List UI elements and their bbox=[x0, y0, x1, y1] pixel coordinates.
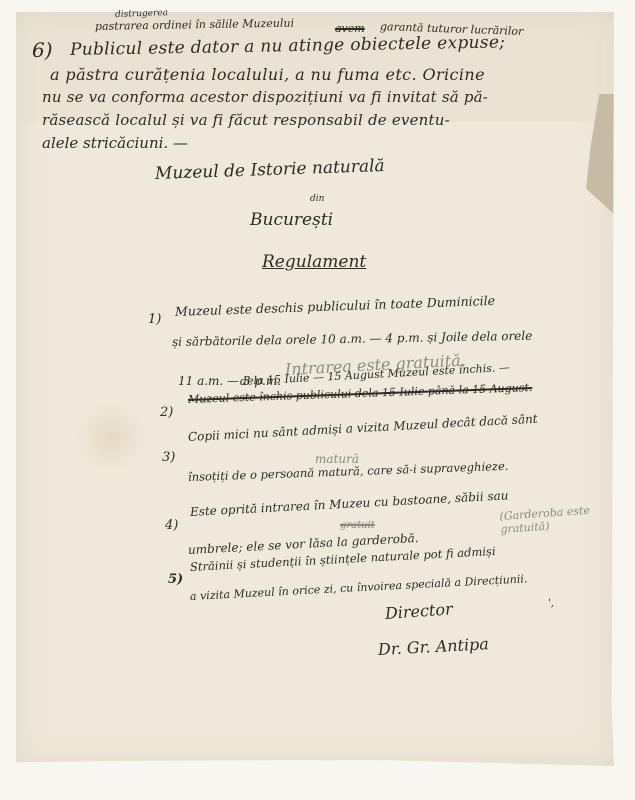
heading-line-2: București bbox=[250, 210, 333, 230]
rule-4-pencil-crossed: gratuit bbox=[340, 520, 375, 531]
heading-din: din bbox=[310, 194, 324, 204]
rule-2-number: 2) bbox=[160, 405, 173, 420]
insertion-right-crossed: avem bbox=[335, 22, 365, 35]
stray-mark: ', bbox=[548, 598, 554, 609]
rule-4-number: 4) bbox=[165, 518, 178, 533]
top-line-3: nu se va conforma acestor dispozițiuni v… bbox=[42, 88, 488, 106]
item-6-number: 6) bbox=[32, 38, 53, 62]
document-title: Regulament bbox=[262, 252, 366, 272]
top-line-4: răsească localul și va fi făcut responsa… bbox=[42, 111, 450, 129]
top-line-2: a păstra curățenia localului, a nu fuma … bbox=[50, 65, 485, 84]
rule-5-number: 5) bbox=[168, 572, 183, 587]
rule-1-number: 1) bbox=[148, 312, 161, 327]
rule-3-number: 3) bbox=[162, 450, 175, 465]
top-line-5: alele stricăciuni. — bbox=[42, 134, 188, 152]
